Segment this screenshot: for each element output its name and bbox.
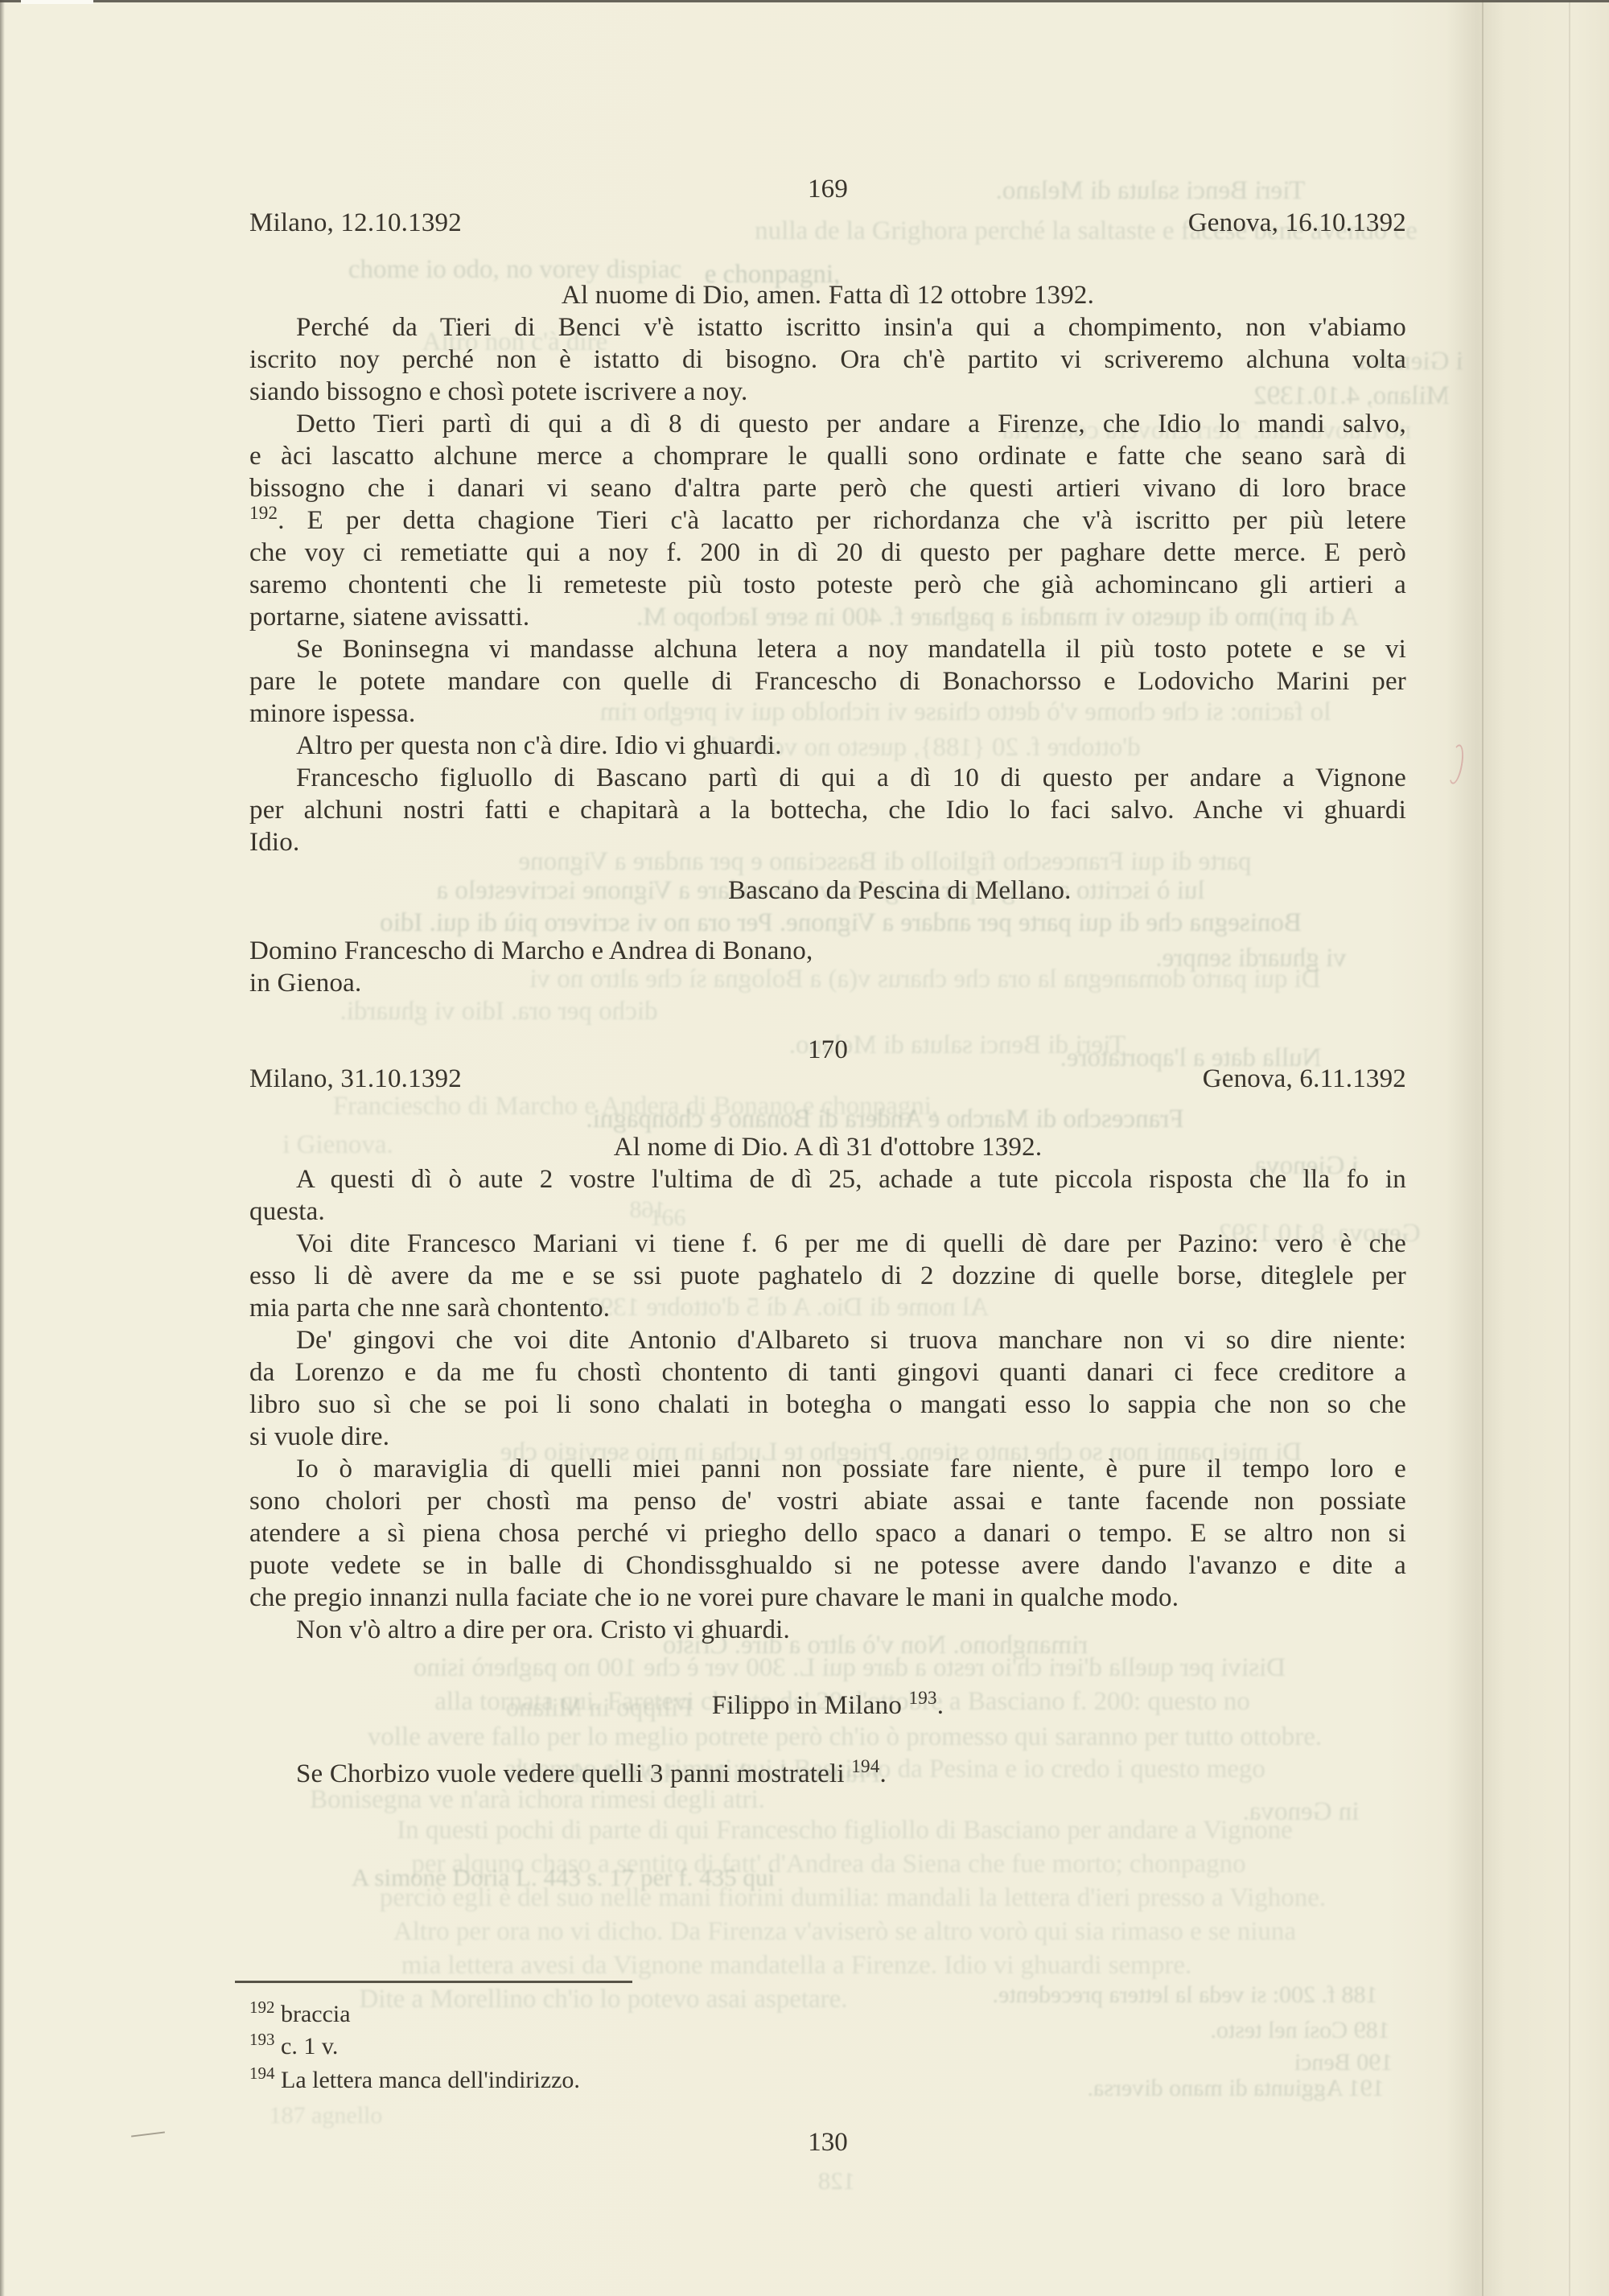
letter-place-date-right: Genova, 16.10.1392 <box>249 208 1406 240</box>
scan-left-edge <box>0 0 5 2296</box>
letter-text-line: 192. E per detta chagione Tieri c'à laca… <box>249 505 1406 537</box>
letter-text-line: Al nome di Dio. A dì 31 d'ottobre 1392. <box>249 1132 1406 1164</box>
letter-text-line: esso li dè avere da me e se ssi puote pa… <box>249 1261 1406 1293</box>
page-curve-shadow <box>1446 0 1503 2296</box>
footnote-ref: 193 <box>249 2030 275 2049</box>
bleedthrough-text: dicho per ora. Idio vi ghuardi. <box>340 996 658 1028</box>
letter-text-line: Se Boninsegna vi mandasse alchuna letera… <box>249 634 1406 666</box>
footnote-ref: 192 <box>249 502 278 523</box>
footnote-ref: 193 <box>909 1687 937 1708</box>
scan-top-edge <box>0 0 1609 2</box>
pen-scratch-mark <box>131 2131 165 2137</box>
letter-text-line: saremo chontenti che li remeteste più to… <box>249 570 1406 602</box>
bleedthrough-text: perciò egli è del suo nelle mani fiorini… <box>380 1882 1326 1915</box>
letter-number: 170 <box>249 1035 1406 1067</box>
letter-text-line: Altro per questa non c'à dire. Idio vi g… <box>249 730 1406 763</box>
bleedthrough-text: Francescho di Marcho e Andera di Bonano … <box>586 1104 1183 1136</box>
bleedthrough-text: mia lettera avesi da Vignone mandatella … <box>401 1950 1191 1982</box>
letter-text-line: e àci lascatto alchune merce a chomprare… <box>249 441 1406 473</box>
letter-text-line: iscrito noy perché non è istatto di biso… <box>249 344 1406 376</box>
letter-text-line: questa. <box>249 1196 1406 1228</box>
letter-text-line: pare le potete mandare con quelle di Fra… <box>249 666 1406 698</box>
letter-text-line: libro suo sì che se poi li sono chalati … <box>249 1389 1406 1422</box>
bleedthrough-text: Disivi per quella d'ieri ch'io resto a d… <box>414 1652 1286 1685</box>
bleedthrough-text: In questi pochi di parte di qui Francesc… <box>397 1815 1293 1847</box>
letter-text-line: Bascano da Pescina di Mellano. <box>728 875 1072 907</box>
letter-text-line: bissogno che i danari vi seano d'altra p… <box>249 473 1406 505</box>
scan-top-notch <box>21 0 93 4</box>
bleedthrough-text: 128 <box>818 2166 856 2195</box>
letter-text-line: portarne, siatene avissatti. <box>249 602 1406 634</box>
letter-text-line: mia parta che nne sarà chontento. <box>249 1293 1406 1325</box>
letter-text-line: Voi dite Francesco Mariani vi tiene f. 6… <box>249 1228 1406 1261</box>
letter-text-line: De' gingovi che voi dite Antonio d'Albar… <box>249 1325 1406 1357</box>
footnote-line: 193 c. 1 v. <box>249 2032 1406 2061</box>
bleedthrough-text: 187 agnello <box>270 2101 383 2130</box>
letter-text-line: Se Chorbizo vuole vedere quelli 3 panni … <box>249 1759 1406 1791</box>
letter-text-line: si vuole dire. <box>249 1422 1406 1454</box>
letter-text-line: atendere a sì piena chosa perché vi prie… <box>249 1518 1406 1550</box>
bleedthrough-text: Bonisegna che di qui parte per andare a … <box>380 907 1302 940</box>
letter-text-line: A questi dì ò aute 2 vostre l'ultima de … <box>249 1164 1406 1196</box>
letter-text-line: Idio. <box>249 827 1406 859</box>
letter-text-line: Francescho figluollo di Bascano partì di… <box>249 763 1406 795</box>
letter-text-line: minore ispessa. <box>249 698 1406 730</box>
letter-text-line: Perché da Tieri di Benci v'è istatto isc… <box>249 312 1406 344</box>
letter-text-line: Filippo in Milano 193. <box>249 1690 1406 1722</box>
letter-number: 169 <box>249 174 1406 206</box>
letter-text-line: che pregio innanzi nulla faciate che io … <box>249 1582 1406 1615</box>
letter-text-line: da Lorenzo e da me fu chostì chontento d… <box>249 1357 1406 1389</box>
page-edge-line <box>1482 0 1483 2296</box>
letter-text-line: Al nuome di Dio, amen. Fatta dì 12 ottob… <box>249 280 1406 312</box>
footnote-ref: 194 <box>851 1755 879 1776</box>
bleedthrough-text: volle avere fallo per lo meglio potrete … <box>368 1722 1322 1754</box>
bleedthrough-text: Altro per ora no vi dicho. Da Firenza v'… <box>393 1916 1296 1948</box>
footnote-line: 194 La lettera manca dell'indirizzo. <box>249 2066 1406 2095</box>
footnote-rule <box>235 1981 632 1983</box>
letter-text-line: per alchuni nostri fatti e chapitarà a l… <box>249 795 1406 827</box>
footnote-line: 192 braccia <box>249 2000 1406 2029</box>
letter-text-line: Non v'ò altro a dire per ora. Cristo vi … <box>249 1615 1406 1647</box>
letter-text-line: che voy ci remetiatte qui a noy f. 200 i… <box>249 537 1406 570</box>
letter-text-line: in Gienoa. <box>249 968 1406 1000</box>
letter-text-line: sono cholori per chostì ma penso de' vos… <box>249 1486 1406 1518</box>
letter-text-line: Domino Francescho di Marcho e Andrea di … <box>249 936 1406 968</box>
letter-text-line: siando bissogno e chosì potete iscrivere… <box>249 376 1406 409</box>
letter-place-date-right: Genova, 6.11.1392 <box>249 1064 1406 1096</box>
footnote-ref: 194 <box>249 2064 275 2083</box>
letter-text-line: Detto Tieri partì di qui a dì 8 di quest… <box>249 409 1406 441</box>
page-edge-line <box>1569 0 1570 2296</box>
scanned-book-page: Tieri Benci saluta di Melano.nulla de la… <box>0 0 1609 2296</box>
footnote-ref: 192 <box>249 1998 275 2017</box>
letter-text-line: Io ò maraviglia di quelli miei panni non… <box>249 1454 1406 1486</box>
page-number: 130 <box>249 2128 1406 2158</box>
letter-text-line: puote vedete se in balle di Chondissghua… <box>249 1550 1406 1582</box>
